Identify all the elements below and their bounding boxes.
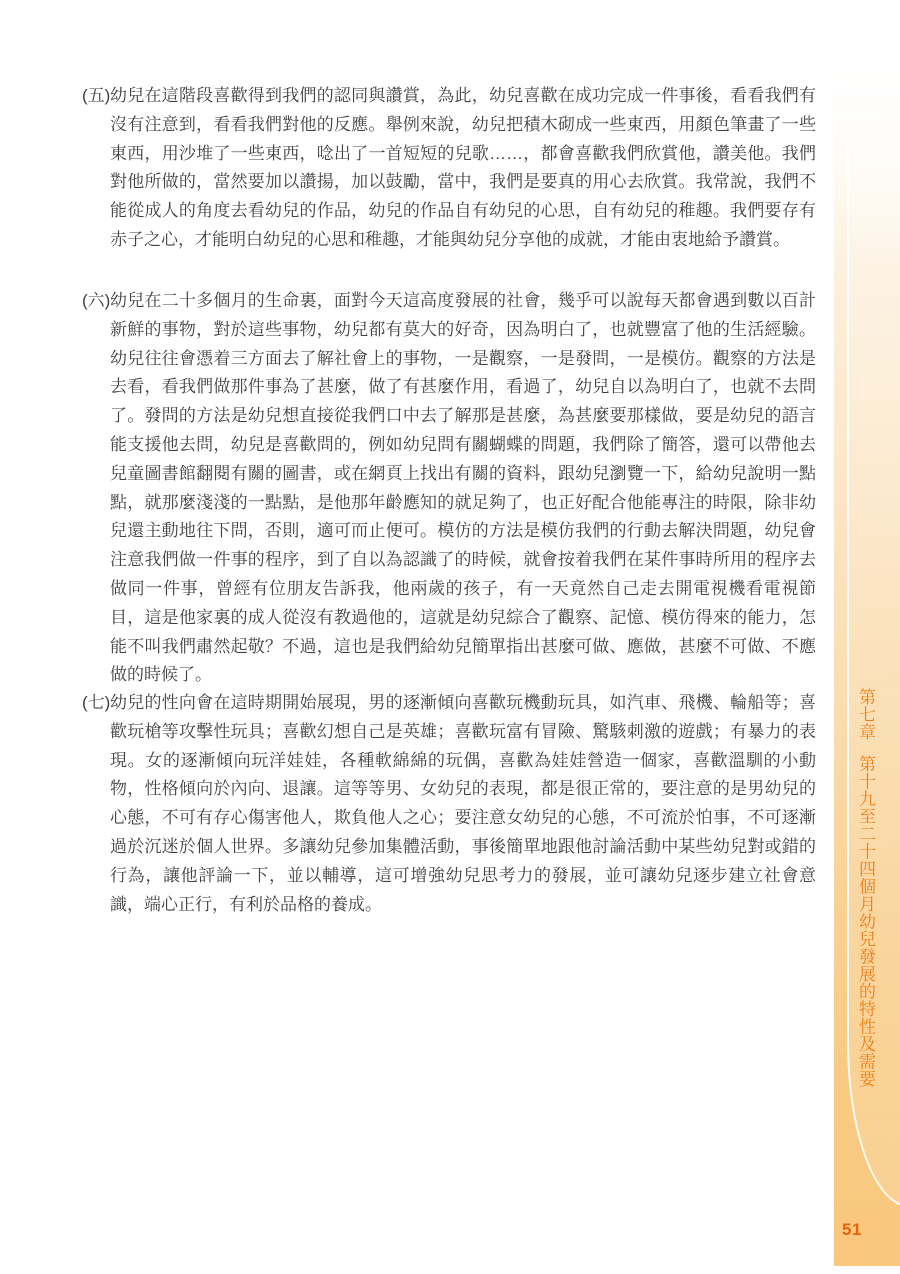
paragraph-text: 幼兒在這階段喜歡得到我們的認同與讚賞，為此，幼兒喜歡在成功完成一件事後，看看我們…	[110, 86, 816, 249]
paragraph: (五) 幼兒在這階段喜歡得到我們的認同與讚賞，為此，幼兒喜歡在成功完成一件事後，…	[82, 82, 816, 255]
document-page: 第七章第十九至二十四個月幼兒發展的特性及需要 51 (五) 幼兒在這階段喜歡得到…	[0, 0, 900, 1274]
paragraph-label: (五)	[82, 82, 110, 111]
chapter-sidebar: 第七章第十九至二十四個月幼兒發展的特性及需要 51	[834, 0, 900, 1266]
paragraph-text: 幼兒的性向會在這時期開始展現，男的逐漸傾向喜歡玩機動玩具，如汽車、飛機、輪船等；…	[110, 693, 816, 914]
chapter-number: 第七章	[856, 688, 875, 741]
chapter-title-vertical: 第七章第十九至二十四個月幼兒發展的特性及需要	[853, 688, 878, 1087]
page-number: 51	[842, 1220, 862, 1240]
paragraph-label: (六)	[82, 287, 110, 316]
paragraph: (七) 幼兒的性向會在這時期開始展現，男的逐漸傾向喜歡玩機動玩具，如汽車、飛機、…	[82, 689, 816, 919]
paragraph-text: 幼兒在二十多個月的生命裏，面對今天這高度發展的社會，幾乎可以說每天都會遇到數以百…	[110, 291, 816, 684]
paragraph: (六) 幼兒在二十多個月的生命裏，面對今天這高度發展的社會，幾乎可以說每天都會遇…	[82, 287, 816, 690]
paragraph-label: (七)	[82, 689, 110, 718]
chapter-title: 第十九至二十四個月幼兒發展的特性及需要	[856, 755, 875, 1088]
sidebar-top-fade	[834, 0, 900, 270]
